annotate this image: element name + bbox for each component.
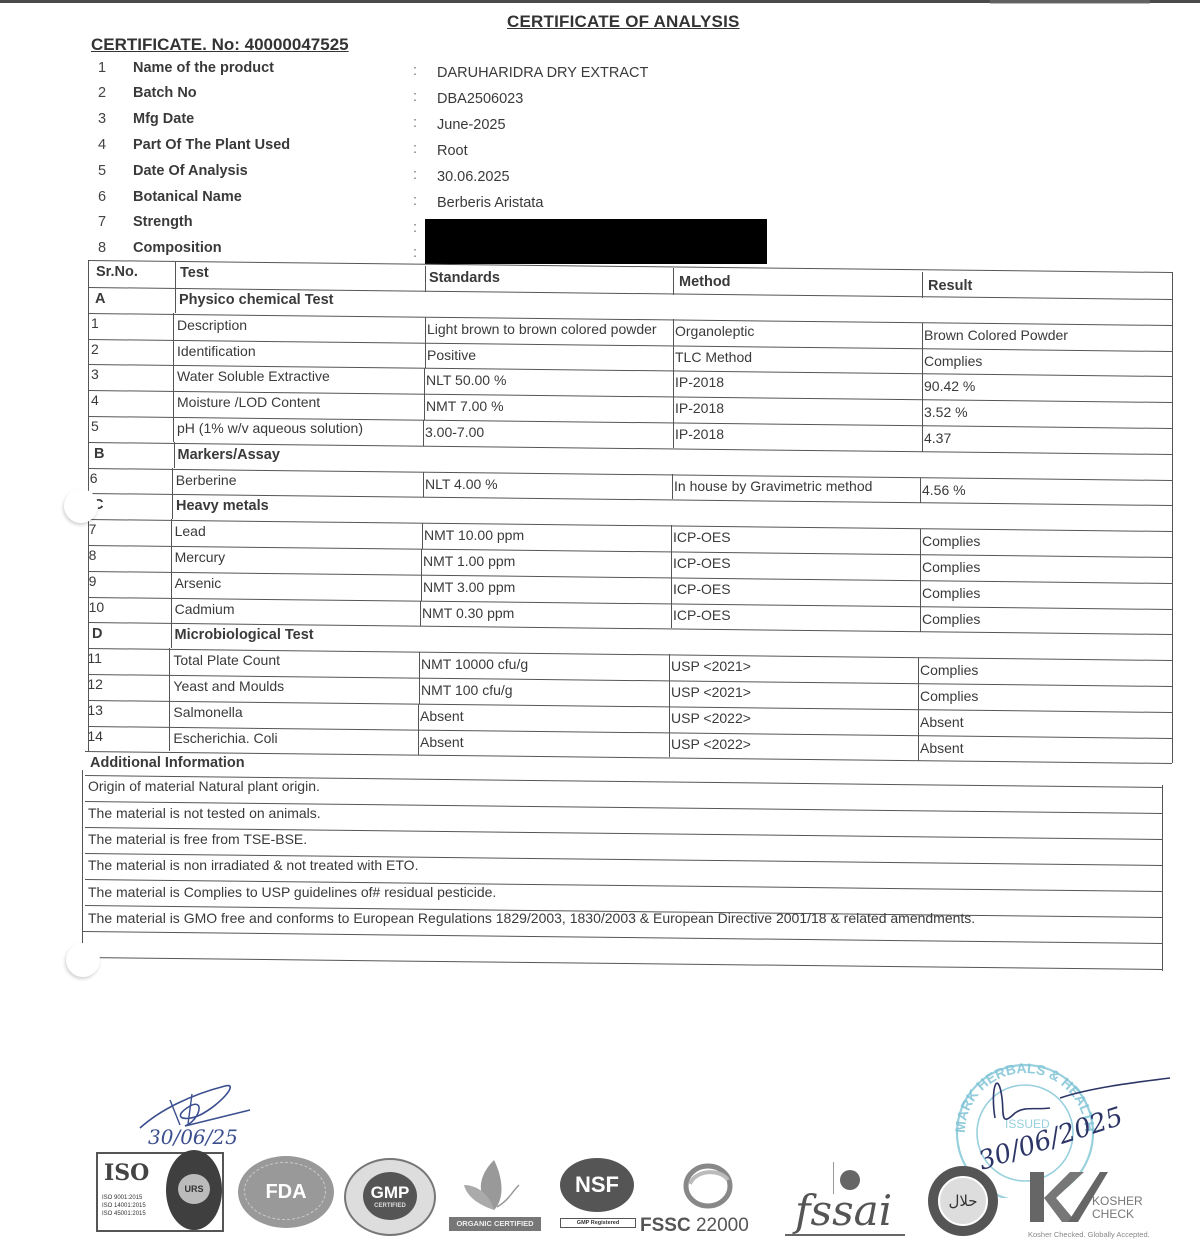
row-sr-no: 2 — [91, 341, 99, 357]
table-column-rule — [673, 396, 674, 422]
organic-certified-logo: ORGANIC CERTIFIED — [449, 1155, 541, 1233]
table-column-rule — [171, 622, 172, 648]
row-result: 90.42 % — [924, 378, 975, 394]
row-test-name: Moisture /LOD Content — [177, 394, 320, 410]
info-number: 3 — [98, 111, 106, 127]
table-column-rule — [672, 474, 673, 500]
table-column-rule — [169, 726, 170, 752]
table-column-rule — [171, 519, 172, 545]
row-method: IP-2018 — [675, 400, 724, 416]
row-result: Complies — [922, 533, 980, 549]
info-number: 7 — [98, 214, 106, 230]
iso-certification-logo: ISO ISO 9001:2015 ISO 14001:2015 ISO 450… — [96, 1152, 224, 1232]
row-sr-no: 11 — [87, 650, 102, 666]
table-column-rule — [671, 551, 672, 577]
row-test-name: Arsenic — [175, 575, 222, 591]
table-column-rule — [673, 319, 674, 345]
additional-info-line: The material is not tested on animals. — [88, 805, 321, 821]
row-test-name: Escherichia. Coli — [173, 730, 277, 746]
table-rule — [88, 468, 1172, 481]
section-title: Heavy metals — [176, 498, 269, 514]
info-separator: : — [413, 63, 417, 79]
info-value: Root — [437, 143, 468, 159]
row-method: USP <2022> — [671, 736, 751, 752]
table-column-rule — [922, 426, 923, 452]
section-code: B — [94, 446, 104, 462]
row-result: Complies — [922, 585, 980, 601]
table-rule — [83, 957, 1162, 970]
additional-info-line: Origin of material Natural plant origin. — [88, 778, 320, 794]
punch-hole — [66, 943, 100, 977]
row-method: TLC Method — [675, 349, 752, 365]
info-separator: : — [413, 220, 417, 236]
info-value: DARUHARIDRA DRY EXTRACT — [437, 65, 648, 81]
row-sr-no: 12 — [87, 676, 103, 692]
row-result: Complies — [922, 559, 980, 575]
row-result: 4.56 % — [922, 482, 966, 498]
section-code: D — [92, 626, 102, 642]
table-column-rule — [418, 730, 419, 756]
row-test-name: Berberine — [176, 472, 237, 488]
additional-info-heading: Additional Information — [90, 755, 245, 771]
table-column-rule — [669, 680, 670, 706]
row-standard: NMT 1.00 ppm — [423, 553, 515, 569]
info-number: 6 — [98, 189, 106, 205]
table-column-rule — [173, 364, 174, 390]
section-title: Markers/Assay — [178, 447, 280, 463]
table-column-rule — [669, 654, 670, 680]
info-separator: : — [413, 167, 417, 183]
table-rule — [88, 597, 1172, 610]
row-sr-no: 8 — [89, 547, 97, 563]
row-sr-no: 3 — [91, 366, 99, 382]
table-column-rule — [418, 704, 419, 730]
column-header-method: Method — [679, 274, 731, 290]
table-rule — [88, 700, 1172, 713]
row-result: Complies — [920, 662, 978, 678]
table-column-rule — [174, 442, 175, 468]
table-column-rule — [172, 493, 173, 519]
info-label: Name of the product — [133, 60, 274, 76]
table-column-rule — [421, 549, 422, 575]
punch-hole — [64, 489, 98, 523]
row-test-name: Cadmium — [175, 601, 235, 617]
row-test-name: Lead — [175, 523, 206, 539]
table-column-rule — [669, 706, 670, 732]
document-title: CERTIFICATE OF ANALYSIS — [507, 12, 740, 32]
table-column-rule — [918, 658, 919, 684]
table-column-rule — [420, 601, 421, 627]
table-rule — [88, 519, 1172, 532]
row-test-name: Mercury — [175, 549, 226, 565]
info-number: 2 — [98, 85, 106, 101]
table-column-rule — [920, 478, 921, 504]
table-column-rule — [423, 420, 424, 446]
table-column-rule — [175, 287, 176, 313]
additional-info-line: The material is non irradiated & not tre… — [88, 857, 418, 873]
certificate-number: CERTIFICATE. No: 40000047525 — [91, 35, 349, 55]
table-column-rule — [424, 394, 425, 420]
row-method: USP <2021> — [671, 684, 751, 700]
table-column-rule — [922, 400, 923, 426]
info-label: Batch No — [133, 85, 197, 101]
table-column-rule — [922, 272, 923, 298]
table-column-rule — [422, 523, 423, 549]
row-method: ICP-OES — [673, 529, 731, 545]
info-number: 5 — [98, 163, 106, 179]
table-column-rule — [920, 555, 921, 581]
table-column-rule — [922, 374, 923, 400]
row-sr-no: 5 — [91, 418, 99, 434]
row-result: Complies — [920, 688, 978, 704]
table-column-rule — [673, 345, 674, 371]
row-test-name: Total Plate Count — [173, 652, 280, 668]
table-column-rule — [673, 422, 674, 448]
table-column-rule — [922, 349, 923, 375]
info-number: 4 — [98, 137, 106, 153]
info-number: 1 — [98, 60, 106, 76]
table-column-rule — [171, 545, 172, 571]
info-label: Mfg Date — [133, 111, 194, 127]
info-label: Part Of The Plant Used — [133, 137, 290, 153]
row-standard: NMT 3.00 ppm — [423, 579, 515, 595]
row-standard: NMT 0.30 ppm — [422, 605, 514, 621]
column-header-standards: Standards — [429, 270, 500, 286]
info-label: Composition — [133, 240, 222, 256]
row-method: IP-2018 — [675, 374, 724, 390]
row-result: Absent — [920, 714, 964, 730]
table-column-rule — [671, 525, 672, 551]
table-column-rule — [920, 581, 921, 607]
info-value: 30.06.2025 — [437, 169, 510, 185]
table-rule — [85, 751, 1172, 764]
row-standard: NMT 100 cfu/g — [421, 682, 513, 698]
redacted-block — [425, 219, 767, 264]
table-column-rule — [173, 416, 174, 442]
table-column-rule — [171, 571, 172, 597]
row-standard: Absent — [420, 708, 464, 724]
table-column-rule — [920, 529, 921, 555]
additional-info-line: The material is Complies to USP guidelin… — [88, 884, 496, 900]
row-result: Brown Colored Powder — [924, 327, 1068, 343]
row-method: USP <2021> — [671, 658, 751, 674]
gmp-logo: GMP CERTIFIED — [344, 1158, 436, 1236]
info-label: Strength — [133, 214, 193, 230]
row-result: Complies — [922, 611, 980, 627]
table-column-rule — [82, 770, 83, 949]
scan-cutoff-text — [990, 0, 1150, 4]
row-sr-no: 7 — [89, 521, 97, 537]
info-label: Date Of Analysis — [133, 163, 248, 179]
table-column-rule — [175, 262, 176, 287]
row-standard: Positive — [427, 347, 476, 363]
row-result: 4.37 — [924, 430, 951, 446]
row-sr-no: 9 — [89, 573, 97, 589]
table-column-rule — [671, 577, 672, 603]
row-test-name: Description — [177, 317, 247, 333]
row-method: Organoleptic — [675, 323, 754, 339]
section-code: A — [95, 291, 105, 307]
table-column-rule — [421, 575, 422, 601]
info-label: Botanical Name — [133, 189, 242, 205]
table-column-rule — [169, 700, 170, 726]
kosher-check-logo: KOSHER CHECK Kosher Checked. Globally Ac… — [1028, 1168, 1168, 1244]
table-column-rule — [419, 678, 420, 704]
row-standard: NLT 4.00 % — [425, 476, 498, 492]
table-column-rule — [922, 323, 923, 349]
table-rule — [88, 571, 1172, 584]
row-standard: 3.00-7.00 — [425, 424, 484, 440]
row-sr-no: 4 — [91, 392, 99, 408]
row-result: Absent — [920, 740, 964, 756]
table-column-rule — [173, 390, 174, 416]
section-title: Physico chemical Test — [179, 292, 333, 308]
row-method: ICP-OES — [673, 555, 731, 571]
table-column-rule — [171, 597, 172, 623]
svg-text:30/06/2025: 30/06/2025 — [975, 1102, 1127, 1177]
table-column-rule — [173, 339, 174, 365]
table-column-rule — [425, 317, 426, 343]
table-rule — [88, 545, 1172, 558]
row-method: ICP-OES — [673, 607, 731, 623]
table-column-rule — [172, 468, 173, 494]
table-column-rule — [920, 607, 921, 633]
row-result: 3.52 % — [924, 404, 968, 420]
row-standard: NLT 50.00 % — [426, 372, 506, 388]
table-column-rule — [419, 652, 420, 678]
table-column-rule — [918, 736, 919, 762]
additional-info-line: The material is free from TSE-BSE. — [88, 831, 307, 847]
row-standard: NMT 10000 cfu/g — [421, 656, 528, 672]
row-test-name: Water Soluble Extractive — [177, 368, 330, 384]
row-test-name: Yeast and Moulds — [173, 678, 284, 694]
row-sr-no: 1 — [91, 315, 99, 331]
row-test-name: pH (1% w/v aqueous solution) — [177, 420, 363, 436]
nsf-logo: NSF GMP Registered — [560, 1158, 636, 1234]
table-column-rule — [671, 603, 672, 629]
info-value: Berberis Aristata — [437, 195, 543, 211]
row-standard: Absent — [420, 734, 464, 750]
row-method: In house by Gravimetric method — [674, 478, 872, 494]
row-standard: NMT 7.00 % — [426, 398, 504, 414]
table-column-rule — [424, 368, 425, 394]
info-separator: : — [413, 89, 417, 105]
table-column-rule — [425, 266, 426, 292]
row-test-name: Identification — [177, 343, 256, 359]
table-column-rule — [423, 472, 424, 498]
additional-info-line: The material is GMO free and conforms to… — [88, 910, 975, 926]
signature-left: 30/06/25 — [130, 1080, 260, 1150]
fssc-22000-logo: FSSC 22000 — [640, 1162, 776, 1234]
row-result: Complies — [924, 353, 982, 369]
row-sr-no: 6 — [90, 470, 98, 486]
column-header-result: Result — [928, 278, 972, 294]
table-column-rule — [669, 732, 670, 758]
row-sr-no: 10 — [89, 599, 105, 615]
table-column-rule — [169, 674, 170, 700]
info-separator: : — [413, 141, 417, 157]
fssai-logo: fssai — [785, 1162, 909, 1238]
column-header-test: Test — [180, 265, 209, 281]
row-method: IP-2018 — [675, 426, 724, 442]
row-method: ICP-OES — [673, 581, 731, 597]
row-sr-no: 14 — [87, 728, 103, 744]
row-standard: Light brown to brown colored powder — [427, 321, 657, 337]
info-value: DBA2506023 — [437, 91, 523, 107]
info-value: June-2025 — [437, 117, 506, 133]
column-header-srno: Sr.No. — [96, 264, 138, 280]
table-column-rule — [918, 684, 919, 710]
row-standard: NMT 10.00 ppm — [424, 527, 524, 543]
table-rule — [83, 931, 1162, 944]
info-separator: : — [413, 245, 417, 261]
table-column-rule — [673, 268, 674, 295]
table-column-rule — [173, 313, 174, 339]
row-sr-no: 13 — [87, 702, 103, 718]
table-column-rule — [673, 370, 674, 396]
table-column-rule — [918, 710, 919, 736]
info-number: 8 — [98, 240, 106, 256]
table-column-rule — [425, 343, 426, 369]
table-column-rule — [1172, 272, 1173, 763]
section-title: Microbiological Test — [175, 627, 314, 643]
info-separator: : — [413, 193, 417, 209]
svg-text:30/06/25: 30/06/25 — [148, 1125, 238, 1149]
table-column-rule — [169, 648, 170, 674]
row-method: USP <2022> — [671, 710, 751, 726]
row-test-name: Salmonella — [173, 704, 242, 720]
info-separator: : — [413, 115, 417, 131]
fda-logo: FDA — [238, 1156, 334, 1228]
halal-food-logo: حلال — [928, 1166, 998, 1236]
table-column-rule — [1162, 785, 1163, 971]
